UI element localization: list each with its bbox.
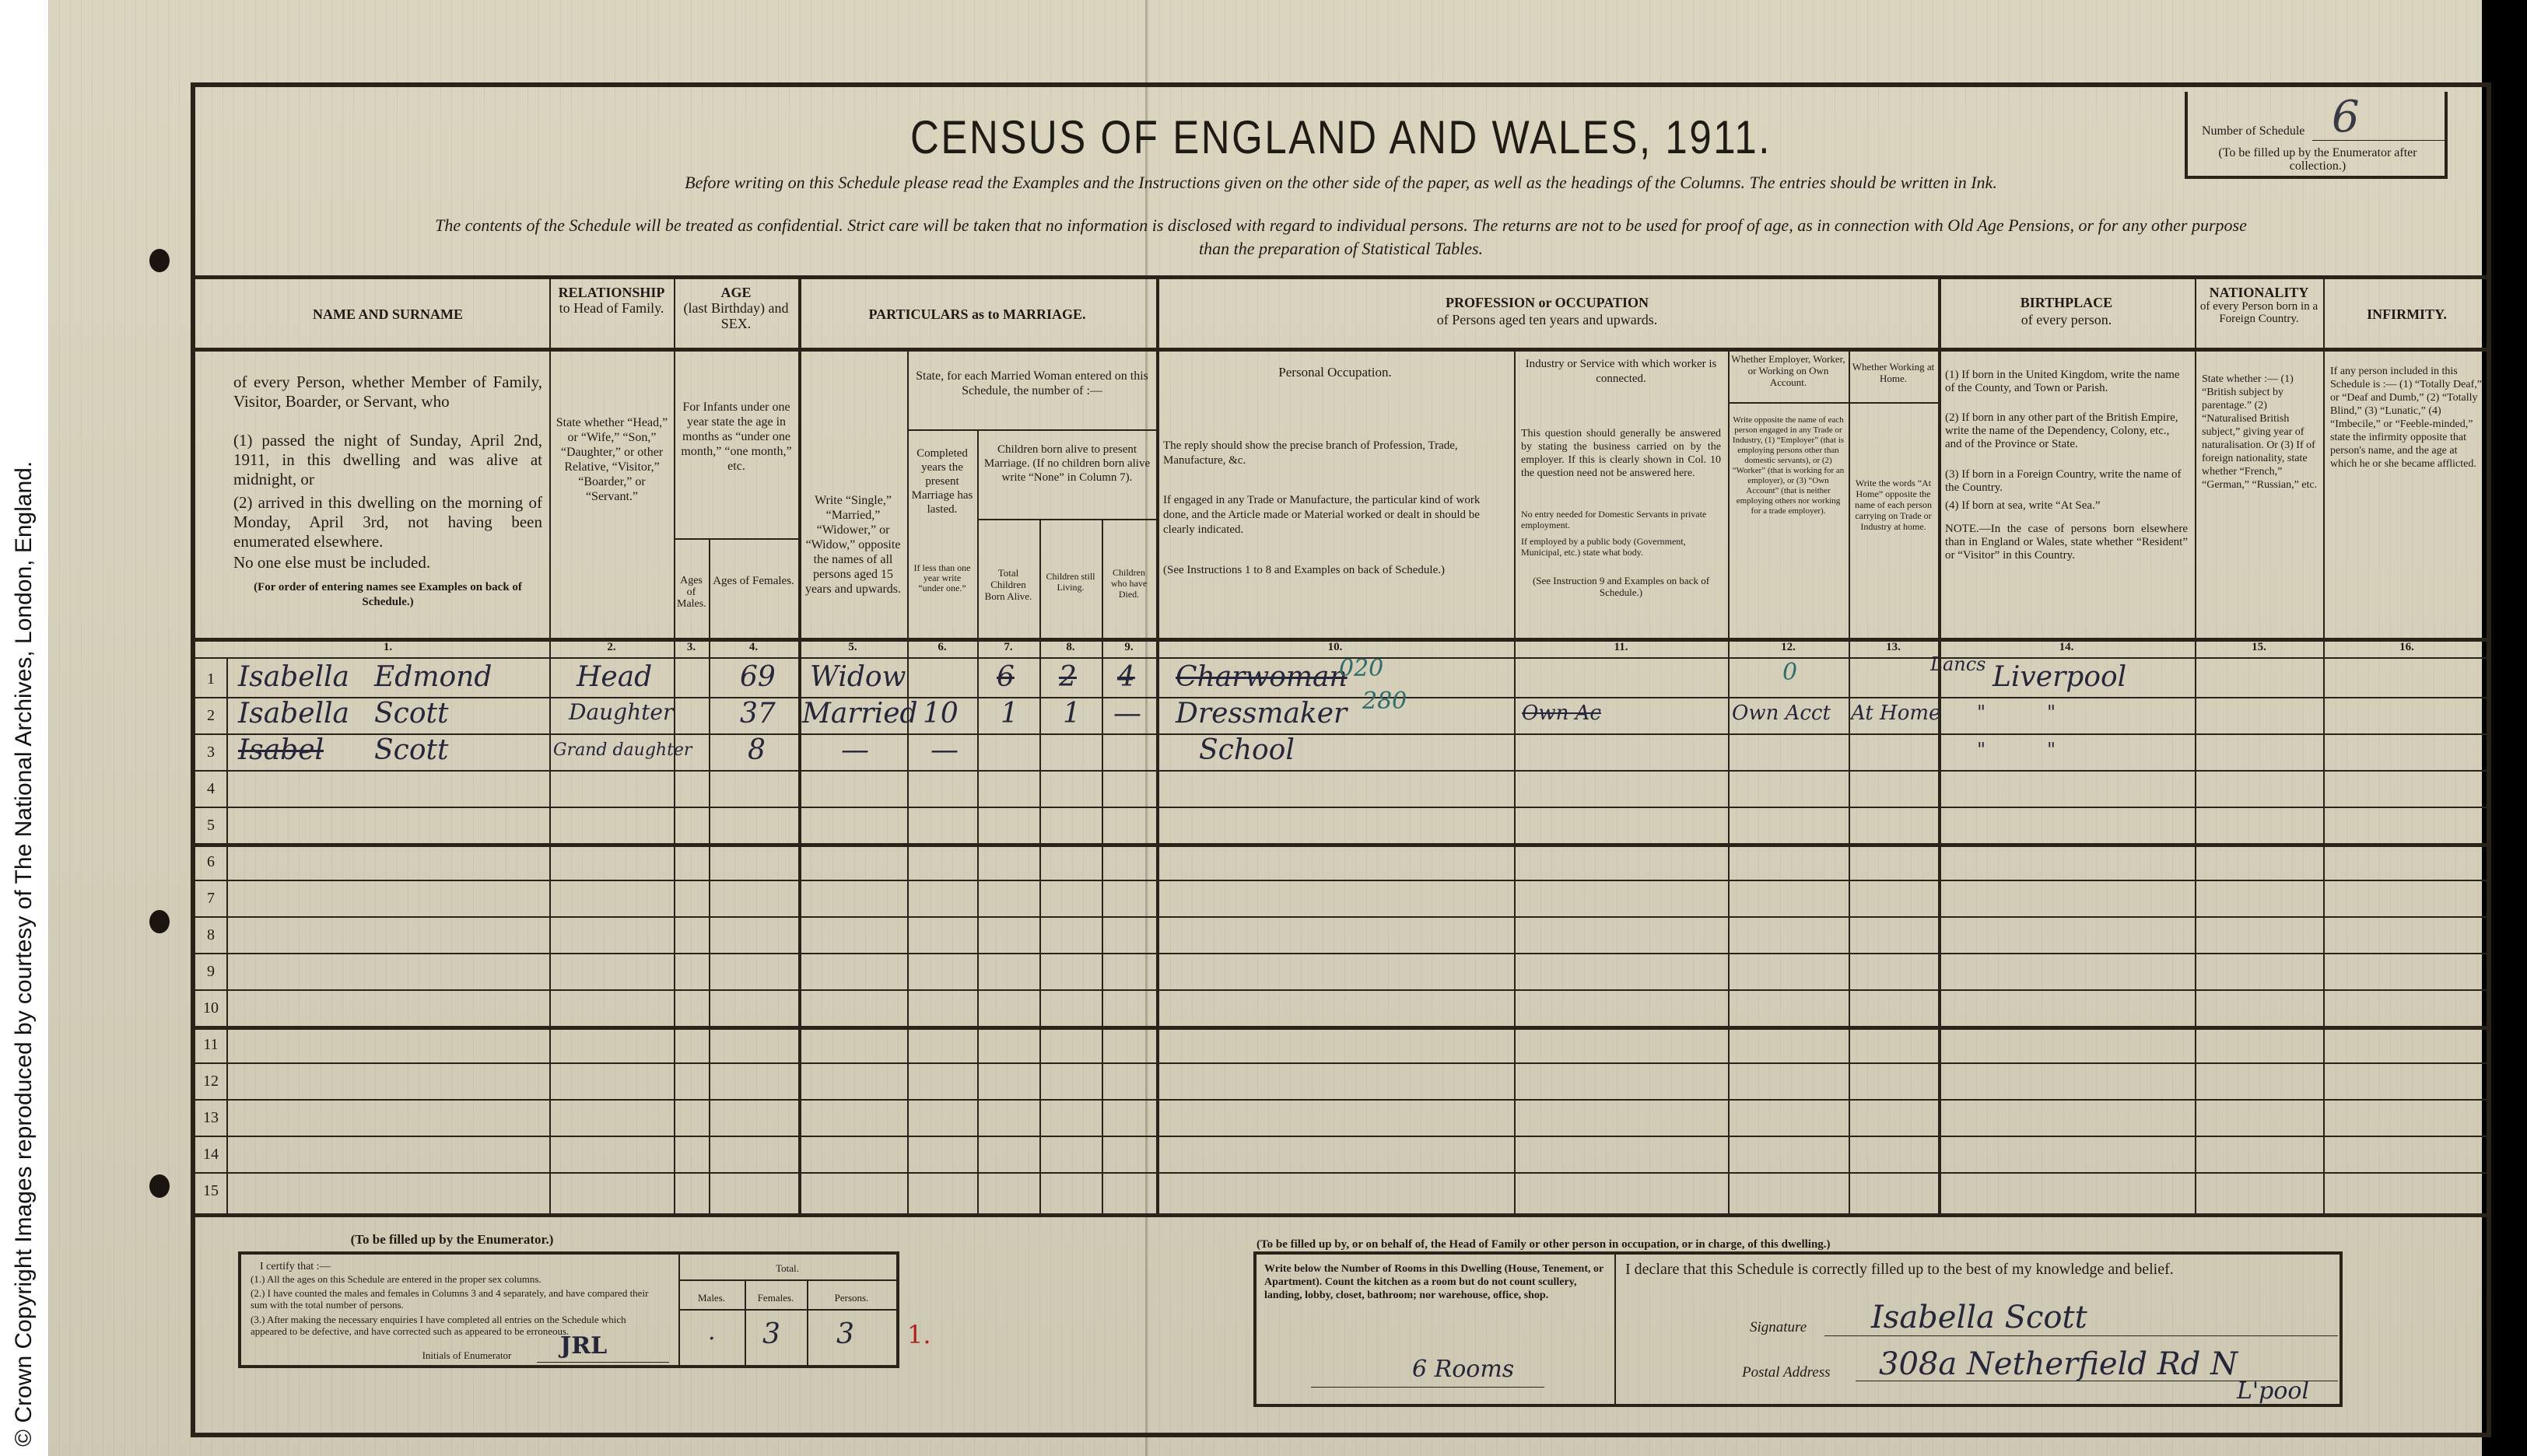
col13-title: Whether Working at Home. xyxy=(1849,359,1938,386)
header-birthplace-sub: of every person. xyxy=(1938,310,2195,329)
header-occupation-sub: of Persons aged ten years and upwards. xyxy=(1156,310,1938,329)
col-num-1: 1. xyxy=(226,641,549,654)
row-number: 1 xyxy=(195,670,226,688)
col-num-11: 11. xyxy=(1514,641,1728,654)
signature-label: Signature xyxy=(1747,1318,1840,1336)
signature-value[interactable]: Isabella Scott xyxy=(1871,1300,2087,1335)
cell-born-alive[interactable]: 6 xyxy=(997,661,1015,693)
col-num-2: 2. xyxy=(549,641,674,654)
declaration-text: I declare that this Schedule is correctl… xyxy=(1622,1261,2338,1279)
col6-desc: Completed years the present Marriage has… xyxy=(907,445,977,518)
cell-birthplace-town[interactable]: Liverpool xyxy=(1993,661,2126,693)
cell-occ-code: 280 xyxy=(1362,688,1407,715)
name-desc-3: (2) arrived in this dwelling on the morn… xyxy=(230,492,545,553)
cell-employer[interactable]: Own Acct xyxy=(1732,702,1831,725)
name-desc-1: of every Person, whether Member of Famil… xyxy=(230,371,545,413)
cell-living[interactable]: 2 xyxy=(1059,661,1077,693)
header-marriage: PARTICULARS as to MARRIAGE. xyxy=(798,305,1156,324)
row-number: 15 xyxy=(195,1182,226,1200)
cell-employer-code: 0 xyxy=(1782,659,1797,686)
birthplace-desc-4: (4) If born at sea, write “At Sea.” xyxy=(1942,498,2191,514)
col10-desc-3: (See Instructions 1 to 8 and Examples on… xyxy=(1160,562,1510,579)
rooms-count[interactable]: 6 Rooms xyxy=(1412,1356,1514,1383)
certify-item-2: (2.) I have counted the males and female… xyxy=(247,1286,668,1312)
cell-years-married[interactable]: 10 xyxy=(923,698,959,730)
col5-desc: Write “Single,” “Married,” “Widower,” or… xyxy=(801,492,906,598)
cell-surname[interactable]: Edmond xyxy=(374,661,492,693)
cell-relationship[interactable]: Grand daughter xyxy=(553,740,692,760)
header-birthplace: BIRTHPLACE xyxy=(1938,293,2195,312)
married-woman-desc: State, for each Married Woman entered on… xyxy=(910,367,1155,400)
cell-birthplace-county[interactable]: " xyxy=(1977,702,1985,723)
cell-birthplace-county[interactable]: " xyxy=(1977,739,1985,761)
females-total[interactable]: 3 xyxy=(762,1318,780,1350)
age-desc: For Infants under one year state the age… xyxy=(676,398,797,475)
males-label: Males. xyxy=(678,1289,745,1307)
nationality-desc: State whether :— (1) “British subject by… xyxy=(2199,371,2322,493)
infirmity-desc: If any person included in this Schedule … xyxy=(2327,363,2489,472)
name-desc-4: No one else must be included. xyxy=(230,554,545,572)
cell-at-home[interactable]: At Home xyxy=(1851,702,1940,725)
col-num-14: 14. xyxy=(1938,641,2195,654)
confidential-notice: The contents of the Schedule will be tre… xyxy=(195,215,2487,236)
row-number: 13 xyxy=(195,1109,226,1127)
col11-desc-1: This question should generally be answer… xyxy=(1518,425,1724,481)
col12-desc: Write opposite the name of each person e… xyxy=(1728,414,1849,518)
col-num-4: 4. xyxy=(709,641,798,654)
cell-died[interactable]: — xyxy=(1113,698,1141,730)
cell-birthplace-town[interactable]: " xyxy=(2047,702,2056,723)
birthplace-desc-1: (1) If born in the United Kingdom, write… xyxy=(1942,367,2191,397)
cell-surname[interactable]: Scott xyxy=(374,698,448,730)
name-desc-2: (1) passed the night of Sunday, April 2n… xyxy=(230,429,545,491)
col-num-15: 15. xyxy=(2195,641,2323,654)
col-num-5: 5. xyxy=(798,641,907,654)
copyright-strip: © Crown Copyright Images reproduced by c… xyxy=(0,0,48,1456)
header-occupation: PROFESSION or OCCUPATION xyxy=(1156,293,1938,312)
header-age-sub: (last Birthday) and SEX. xyxy=(674,299,798,333)
row-number: 12 xyxy=(195,1073,226,1090)
certify-item-1: (1.) All the ages on this Schedule are e… xyxy=(247,1272,668,1286)
col11-desc-3: If employed by a public body (Government… xyxy=(1518,534,1724,559)
cell-born-alive[interactable]: 1 xyxy=(1001,698,1018,730)
col-num-12: 12. xyxy=(1728,641,1849,654)
page-title: CENSUS OF ENGLAND AND WALES, 1911. xyxy=(367,110,2315,164)
copyright-text: © Crown Copyright Images reproduced by c… xyxy=(12,461,36,1447)
cell-first-name[interactable]: Isabella xyxy=(238,661,349,693)
row-number: 14 xyxy=(195,1146,226,1164)
row-number: 2 xyxy=(195,707,226,725)
col6-note: If less than one year write “under one.” xyxy=(907,562,977,595)
col12-title: Whether Employer, Worker, or Working on … xyxy=(1728,352,1849,390)
cell-first-name[interactable]: Isabel xyxy=(238,734,324,766)
cell-age-female[interactable]: 69 xyxy=(740,661,776,693)
birthplace-note: NOTE.—In the case of persons born elsewh… xyxy=(1942,521,2191,564)
header-relationship-sub: to Head of Family. xyxy=(549,299,674,317)
col-num-7: 7. xyxy=(977,641,1039,654)
enumerator-heading: (To be filled up by the Enumerator.) xyxy=(296,1230,608,1248)
punch-hole xyxy=(149,1174,170,1198)
col-num-3: 3. xyxy=(674,641,709,654)
instruction-text: Before writing on this Schedule please r… xyxy=(195,173,2487,193)
col8-desc: Children still Living. xyxy=(1039,569,1102,594)
col-num-13: 13. xyxy=(1849,641,1938,654)
col11-desc-2: No entry needed for Domestic Servants in… xyxy=(1518,507,1724,532)
enumerator-certificate-box: I certify that :— (1.) All the ages on t… xyxy=(238,1251,899,1368)
col11-desc-4: (See Instruction 9 and Examples on back … xyxy=(1518,573,1724,600)
schedule-number-value[interactable]: 6 xyxy=(2332,92,2360,142)
col-num-9: 9. xyxy=(1102,641,1156,654)
cell-birthplace-county[interactable]: Lancs xyxy=(1930,653,1985,675)
cell-industry[interactable]: Own Ac xyxy=(1522,702,1601,725)
header-infirmity: INFIRMITY. xyxy=(2323,305,2490,324)
col7-desc: Total Children Born Alive. xyxy=(977,565,1039,604)
cell-condition[interactable]: Married xyxy=(802,698,918,730)
row-number: 7 xyxy=(195,890,226,908)
cell-died[interactable]: 4 xyxy=(1117,661,1135,693)
cell-first-name[interactable]: Isabella xyxy=(238,698,349,730)
cell-years-married[interactable]: — xyxy=(931,734,959,766)
census-form: CENSUS OF ENGLAND AND WALES, 1911. Befor… xyxy=(191,82,2491,1437)
cell-relationship[interactable]: Head xyxy=(577,661,652,693)
cell-birthplace-town[interactable]: " xyxy=(2047,739,2056,761)
header-name: NAME AND SURNAME xyxy=(226,305,549,324)
col-num-10: 10. xyxy=(1156,641,1514,654)
head-declaration-box: Write below the Number of Rooms in this … xyxy=(1253,1251,2343,1407)
cell-living[interactable]: 1 xyxy=(1063,698,1081,730)
row-number: 4 xyxy=(195,780,226,798)
address-line-2[interactable]: L'pool xyxy=(2237,1377,2309,1405)
females-label: Females. xyxy=(745,1289,807,1307)
cell-occupation[interactable]: School xyxy=(1199,734,1295,766)
children-desc: Children born alive to present Marriage.… xyxy=(980,441,1155,486)
col10-desc-1: The reply should show the precise branch… xyxy=(1160,437,1510,470)
total-label: Total. xyxy=(678,1259,896,1277)
tally-mark: 1. xyxy=(907,1320,931,1349)
ages-males-label: Ages of Males. xyxy=(674,573,709,611)
punch-hole xyxy=(149,910,170,933)
schedule-number-note: (To be filled up by the Enumerator after… xyxy=(2197,146,2438,173)
cell-occ-code: 020 xyxy=(1339,655,1383,682)
census-schedule-page: CENSUS OF ENGLAND AND WALES, 1911. Befor… xyxy=(48,0,2482,1456)
header-nationality-sub: of every Person born in a Foreign Countr… xyxy=(2195,299,2323,327)
cell-surname[interactable]: Scott xyxy=(374,734,448,766)
address-line-1[interactable]: 308a Netherfield Rd N xyxy=(1879,1346,2238,1382)
col10-title: Personal Occupation. xyxy=(1156,363,1514,381)
cell-age-female[interactable]: 8 xyxy=(748,734,766,766)
enumerator-initials[interactable]: JRL xyxy=(560,1332,607,1360)
schedule-number-label: Number of Schedule xyxy=(2202,124,2304,138)
col10-desc-2: If engaged in any Trade or Manufacture, … xyxy=(1160,492,1510,539)
col-num-6: 6. xyxy=(907,641,977,654)
row-number: 6 xyxy=(195,853,226,871)
cell-condition[interactable]: — xyxy=(841,734,869,766)
cell-condition[interactable]: Widow xyxy=(810,661,906,693)
address-label: Postal Address xyxy=(1739,1363,1856,1381)
row-number: 3 xyxy=(195,744,226,761)
enumerator-initials-label: Initials of Enumerator xyxy=(381,1346,552,1364)
col13-desc: Write the words “At Home” opposite the n… xyxy=(1849,476,1938,534)
ages-females-label: Ages of Females. xyxy=(709,573,798,589)
relationship-desc: State whether “Head,” or “Wife,” “Son,” … xyxy=(552,414,672,506)
birthplace-desc-2: (2) If born in any other part of the Bri… xyxy=(1942,410,2191,453)
row-number: 9 xyxy=(195,963,226,981)
cell-occupation[interactable]: Charwoman xyxy=(1176,661,1348,693)
males-total[interactable]: . xyxy=(708,1318,716,1346)
row-number: 10 xyxy=(195,999,226,1017)
cell-relationship[interactable]: Daughter xyxy=(569,699,673,725)
rooms-instruction: Write below the Number of Rooms in this … xyxy=(1261,1261,1611,1304)
col-num-8: 8. xyxy=(1039,641,1102,654)
col11-title: Industry or Service with which worker is… xyxy=(1514,355,1728,388)
col9-desc: Children who have Died. xyxy=(1102,565,1156,601)
persons-total[interactable]: 3 xyxy=(836,1318,854,1350)
birthplace-desc-3: (3) If born in a Foreign Country, write … xyxy=(1942,467,2191,496)
schedule-number-box: Number of Schedule 6 (To be filled up by… xyxy=(2185,92,2448,179)
cell-occupation[interactable]: Dressmaker xyxy=(1176,698,1347,730)
punch-hole xyxy=(149,249,170,272)
row-number: 5 xyxy=(195,817,226,835)
confidential-notice-cont: than the preparation of Statistical Tabl… xyxy=(195,239,2487,259)
name-desc-5: (For order of entering names see Example… xyxy=(230,579,545,611)
cell-age-female[interactable]: 37 xyxy=(740,698,776,730)
persons-label: Persons. xyxy=(807,1289,896,1307)
row-number: 8 xyxy=(195,926,226,944)
row-number: 11 xyxy=(195,1036,226,1054)
col-num-16: 16. xyxy=(2323,641,2490,654)
